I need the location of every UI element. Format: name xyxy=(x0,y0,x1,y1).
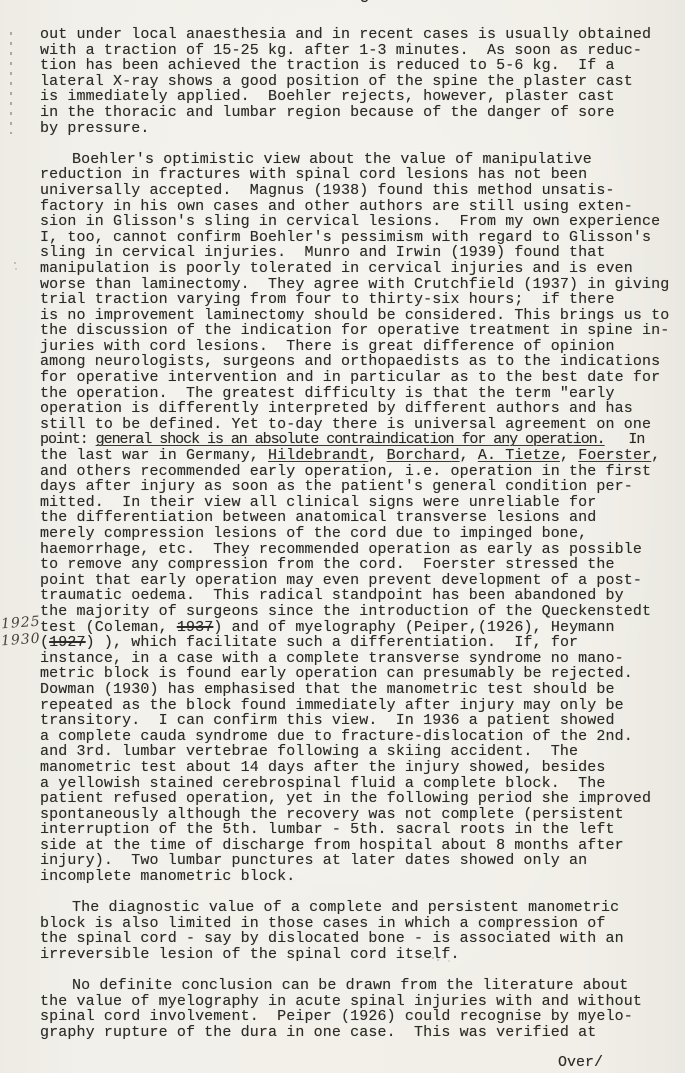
text-segment: to remove any compression from the cord.… xyxy=(40,556,615,573)
text-segment: and 3rd. lumbar vertebrae following a sk… xyxy=(40,743,578,760)
text-segment: instance, in a case with a complete tran… xyxy=(40,650,624,667)
text-segment: reduction in fractures with spinal cord … xyxy=(40,166,587,183)
text-line: by pressure. xyxy=(40,121,685,137)
text-line: haemorrhage, etc. They recommended opera… xyxy=(40,542,685,558)
text-segment: lateral X-ray shows a good position of t… xyxy=(40,73,633,90)
text-line: block is also limited in those cases in … xyxy=(40,916,685,932)
text-line: point that early operation may even prev… xyxy=(40,573,685,589)
text-line: merely compression lesions of the cord d… xyxy=(40,526,685,542)
paragraph: No definite conclusion can be drawn from… xyxy=(40,978,685,1040)
text-segment: irreversible lesion of the spinal cord i… xyxy=(40,946,460,963)
text-line: a complete cauda syndrome due to fractur… xyxy=(40,729,685,745)
text-line: is no improvement laminectomy should be … xyxy=(40,308,685,324)
text-segment: point: xyxy=(40,431,96,448)
text-segment: merely compression lesions of the cord d… xyxy=(40,525,587,542)
text-segment: the discussion of the indication for ope… xyxy=(40,322,669,339)
text-segment: test (Coleman, xyxy=(40,619,177,636)
text-line: sion in Glisson's sling in cervical lesi… xyxy=(40,214,685,230)
handwritten-margin-note: 1930 xyxy=(0,631,41,650)
text-segment: for operative intervention and in partic… xyxy=(40,369,660,386)
text-segment: operation is differently interpreted by … xyxy=(40,400,633,417)
text-segment: a complete cauda syndrome due to fractur… xyxy=(40,728,633,745)
text-line: lateral X-ray shows a good position of t… xyxy=(40,74,685,90)
text-line: the discussion of the indication for ope… xyxy=(40,323,685,339)
text-segment: spinal cord involvement. Peiper (1926) c… xyxy=(40,1008,633,1025)
text-segment: worse than laminectomy. They agree with … xyxy=(40,276,669,293)
text-segment: The diagnostic value of a complete and p… xyxy=(72,899,619,916)
text-line: the operation. The greatest difficulty i… xyxy=(40,386,685,402)
struck-text: 1937 xyxy=(177,619,214,636)
text-segment: spontaneously although the recovery was … xyxy=(40,806,624,823)
text-line: mitted. In their view all clinical signs… xyxy=(40,495,685,511)
paragraph: Boehler's optimistic view about the valu… xyxy=(40,152,685,885)
text-segment: a yellowish stained cerebrospinal fluid … xyxy=(40,775,606,792)
scan-artifact-speck xyxy=(14,262,16,264)
text-segment: sion in Glisson's sling in cervical lesi… xyxy=(40,213,660,230)
text-line: still to be defined. Yet to-day there is… xyxy=(40,417,685,433)
text-line: I, too, cannot confirm Boehler's pessimi… xyxy=(40,230,685,246)
text-line: the spinal cord - say by dislocated bone… xyxy=(40,931,685,947)
text-segment: , xyxy=(560,447,578,464)
text-segment: patient refused operation, yet in the fo… xyxy=(40,790,651,807)
text-line: repeated as the block found immediately … xyxy=(40,698,685,714)
text-line: manipulation is poorly tolerated in cerv… xyxy=(40,261,685,277)
text-line: side at the time of discharge from hospi… xyxy=(40,838,685,854)
text-segment: , xyxy=(460,447,478,464)
text-line: graphy rupture of the dura in one case. … xyxy=(40,1025,685,1041)
text-segment: ) and of myelography (Peiper,(1926), Hey… xyxy=(213,619,614,636)
text-segment: trial traction varying from four to thir… xyxy=(40,291,615,308)
text-line: metric block is found early operation ca… xyxy=(40,666,685,682)
text-segment: metric block is found early operation ca… xyxy=(40,665,633,682)
text-line: sling in cervical injuries. Munro and Ir… xyxy=(40,245,685,261)
text-line: juries with cord lesions. There is great… xyxy=(40,339,685,355)
text-line: worse than laminectomy. They agree with … xyxy=(40,277,685,293)
text-segment: manometric test about 14 days after the … xyxy=(40,759,606,776)
scan-artifact-smudge xyxy=(432,957,434,959)
text-segment: transitory. I can confirm this view. In … xyxy=(40,712,615,729)
text-segment: ( xyxy=(40,634,49,651)
underlined-text: A. Tietze xyxy=(478,447,560,464)
text-line: patient refused operation, yet in the fo… xyxy=(40,791,685,807)
text-segment: repeated as the block found immediately … xyxy=(40,697,624,714)
text-segment: point that early operation may even prev… xyxy=(40,572,642,589)
text-segment: among neurologists, surgeons and orthopa… xyxy=(40,353,660,370)
text-line: injury). Two lumbar punctures at later d… xyxy=(40,853,685,869)
text-line: for operative intervention and in partic… xyxy=(40,370,685,386)
text-line: to remove any compression from the cord.… xyxy=(40,557,685,573)
underlined-text: Borchard xyxy=(387,447,460,464)
text-line: (1927) ), which facilitate such a differ… xyxy=(40,635,685,651)
text-line: traumatic oedema. This radical standpoin… xyxy=(40,588,685,604)
text-segment: is no improvement laminectomy should be … xyxy=(40,307,669,324)
text-line: instance, in a case with a complete tran… xyxy=(40,651,685,667)
text-segment: the spinal cord - say by dislocated bone… xyxy=(40,930,624,947)
text-segment: sling in cervical injuries. Munro and Ir… xyxy=(40,244,606,261)
paragraph: The diagnostic value of a complete and p… xyxy=(40,900,685,962)
text-line: transitory. I can confirm this view. In … xyxy=(40,713,685,729)
text-line: and others recommended early operation, … xyxy=(40,464,685,480)
text-line: irreversible lesion of the spinal cord i… xyxy=(40,947,685,963)
text-line: a yellowish stained cerebrospinal fluid … xyxy=(40,776,685,792)
text-segment: the differentiation between anatomical t… xyxy=(40,509,596,526)
text-line: the value of myelography in acute spinal… xyxy=(40,994,685,1010)
document-body: out under local anaesthesia and in recen… xyxy=(40,27,685,1056)
text-line: spinal cord involvement. Peiper (1926) c… xyxy=(40,1009,685,1025)
text-segment: in the thoracic and lumbar region becaus… xyxy=(40,104,615,121)
text-segment: graphy rupture of the dura in one case. … xyxy=(40,1024,596,1041)
text-segment: No definite conclusion can be drawn from… xyxy=(72,977,628,994)
handwritten-margin-note: 1925 xyxy=(0,614,41,633)
text-segment: I, too, cannot confirm Boehler's pessimi… xyxy=(40,229,651,246)
text-line: is immediately applied. Boehler rejects,… xyxy=(40,89,685,105)
text-line: The diagnostic value of a complete and p… xyxy=(40,900,685,916)
text-line: Dowman (1930) has emphasised that the ma… xyxy=(40,682,685,698)
scan-artifact-binding-marks xyxy=(10,32,12,134)
text-line: trial traction varying from four to thir… xyxy=(40,292,685,308)
text-segment: incomplete manometric block. xyxy=(40,868,295,885)
text-line: operation is differently interpreted by … xyxy=(40,401,685,417)
text-segment: is immediately applied. Boehler rejects,… xyxy=(40,88,615,105)
text-line: spontaneously although the recovery was … xyxy=(40,807,685,823)
text-segment: injury). Two lumbar punctures at later d… xyxy=(40,852,587,869)
text-segment: , xyxy=(368,447,386,464)
text-line: Boehler's optimistic view about the valu… xyxy=(40,152,685,168)
text-line: in the thoracic and lumbar region becaus… xyxy=(40,105,685,121)
underlined-text: general shock is an absolute contraindic… xyxy=(96,431,605,448)
text-segment: juries with cord lesions. There is great… xyxy=(40,338,615,355)
text-line: with a traction of 15-25 kg. after 1-3 m… xyxy=(40,43,685,59)
text-line: the last war in Germany, Hildebrandt, Bo… xyxy=(40,448,685,464)
text-line: tion has been achieved the traction is r… xyxy=(40,58,685,74)
text-line: universally accepted. Magnus (1938) foun… xyxy=(40,183,685,199)
text-segment: and others recommended early operation, … xyxy=(40,463,651,480)
underlined-text: Hildebrandt xyxy=(268,447,368,464)
text-line: the differentiation between anatomical t… xyxy=(40,510,685,526)
text-segment: factory in his own cases and other autho… xyxy=(40,198,633,215)
text-line: interruption of the 5th. lumbar - 5th. s… xyxy=(40,822,685,838)
text-segment: the last war in Germany, xyxy=(40,447,268,464)
paragraph: out under local anaesthesia and in recen… xyxy=(40,27,685,136)
text-segment: interruption of the 5th. lumbar - 5th. s… xyxy=(40,821,615,838)
text-segment: still to be defined. Yet to-day there is… xyxy=(40,416,651,433)
text-segment: In xyxy=(605,431,645,448)
text-segment: Boehler's optimistic view about the valu… xyxy=(72,151,592,168)
underlined-text: Foerster xyxy=(578,447,651,464)
text-segment: mitted. In their view all clinical signs… xyxy=(40,494,596,511)
text-segment: tion has been achieved the traction is r… xyxy=(40,57,615,74)
text-segment: the majority of surgeons since the intro… xyxy=(40,603,651,620)
text-segment: block is also limited in those cases in … xyxy=(40,915,606,932)
text-segment: days after injury as soon as the patient… xyxy=(40,478,633,495)
text-segment: with a traction of 15-25 kg. after 1-3 m… xyxy=(40,42,642,59)
text-line: incomplete manometric block. xyxy=(40,869,685,885)
text-line: test (Coleman, 1937) and of myelography … xyxy=(40,620,685,636)
text-line: and 3rd. lumbar vertebrae following a sk… xyxy=(40,744,685,760)
text-line: factory in his own cases and other autho… xyxy=(40,199,685,215)
text-segment: the value of myelography in acute spinal… xyxy=(40,993,642,1010)
text-segment: the operation. The greatest difficulty i… xyxy=(40,385,615,402)
text-line: days after injury as soon as the patient… xyxy=(40,479,685,495)
text-line: manometric test about 14 days after the … xyxy=(40,760,685,776)
text-segment: side at the time of discharge from hospi… xyxy=(40,837,624,854)
struck-text: 1927 xyxy=(49,634,86,651)
text-line: No definite conclusion can be drawn from… xyxy=(40,978,685,994)
page-footer-over: Over/ xyxy=(558,1054,603,1071)
text-segment: Dowman (1930) has emphasised that the ma… xyxy=(40,681,615,698)
text-segment: traumatic oedema. This radical standpoin… xyxy=(40,587,624,604)
text-segment: ) ), which facilitate such a differentia… xyxy=(86,634,579,651)
text-line: the majority of surgeons since the intro… xyxy=(40,604,685,620)
text-line: reduction in fractures with spinal cord … xyxy=(40,167,685,183)
text-segment: , xyxy=(651,447,660,464)
page-number: - 5 - xyxy=(330,0,405,7)
text-line: point: general shock is an absolute cont… xyxy=(40,432,685,448)
text-line: among neurologists, surgeons and orthopa… xyxy=(40,354,685,370)
document-page: - 5 - 1925 1930 out under local anaesthe… xyxy=(0,0,685,1073)
text-segment: out under local anaesthesia and in recen… xyxy=(40,26,651,43)
text-segment: manipulation is poorly tolerated in cerv… xyxy=(40,260,633,277)
text-segment: universally accepted. Magnus (1938) foun… xyxy=(40,182,615,199)
text-segment: by pressure. xyxy=(40,120,149,137)
text-segment: haemorrhage, etc. They recommended opera… xyxy=(40,541,642,558)
text-line: out under local anaesthesia and in recen… xyxy=(40,27,685,43)
